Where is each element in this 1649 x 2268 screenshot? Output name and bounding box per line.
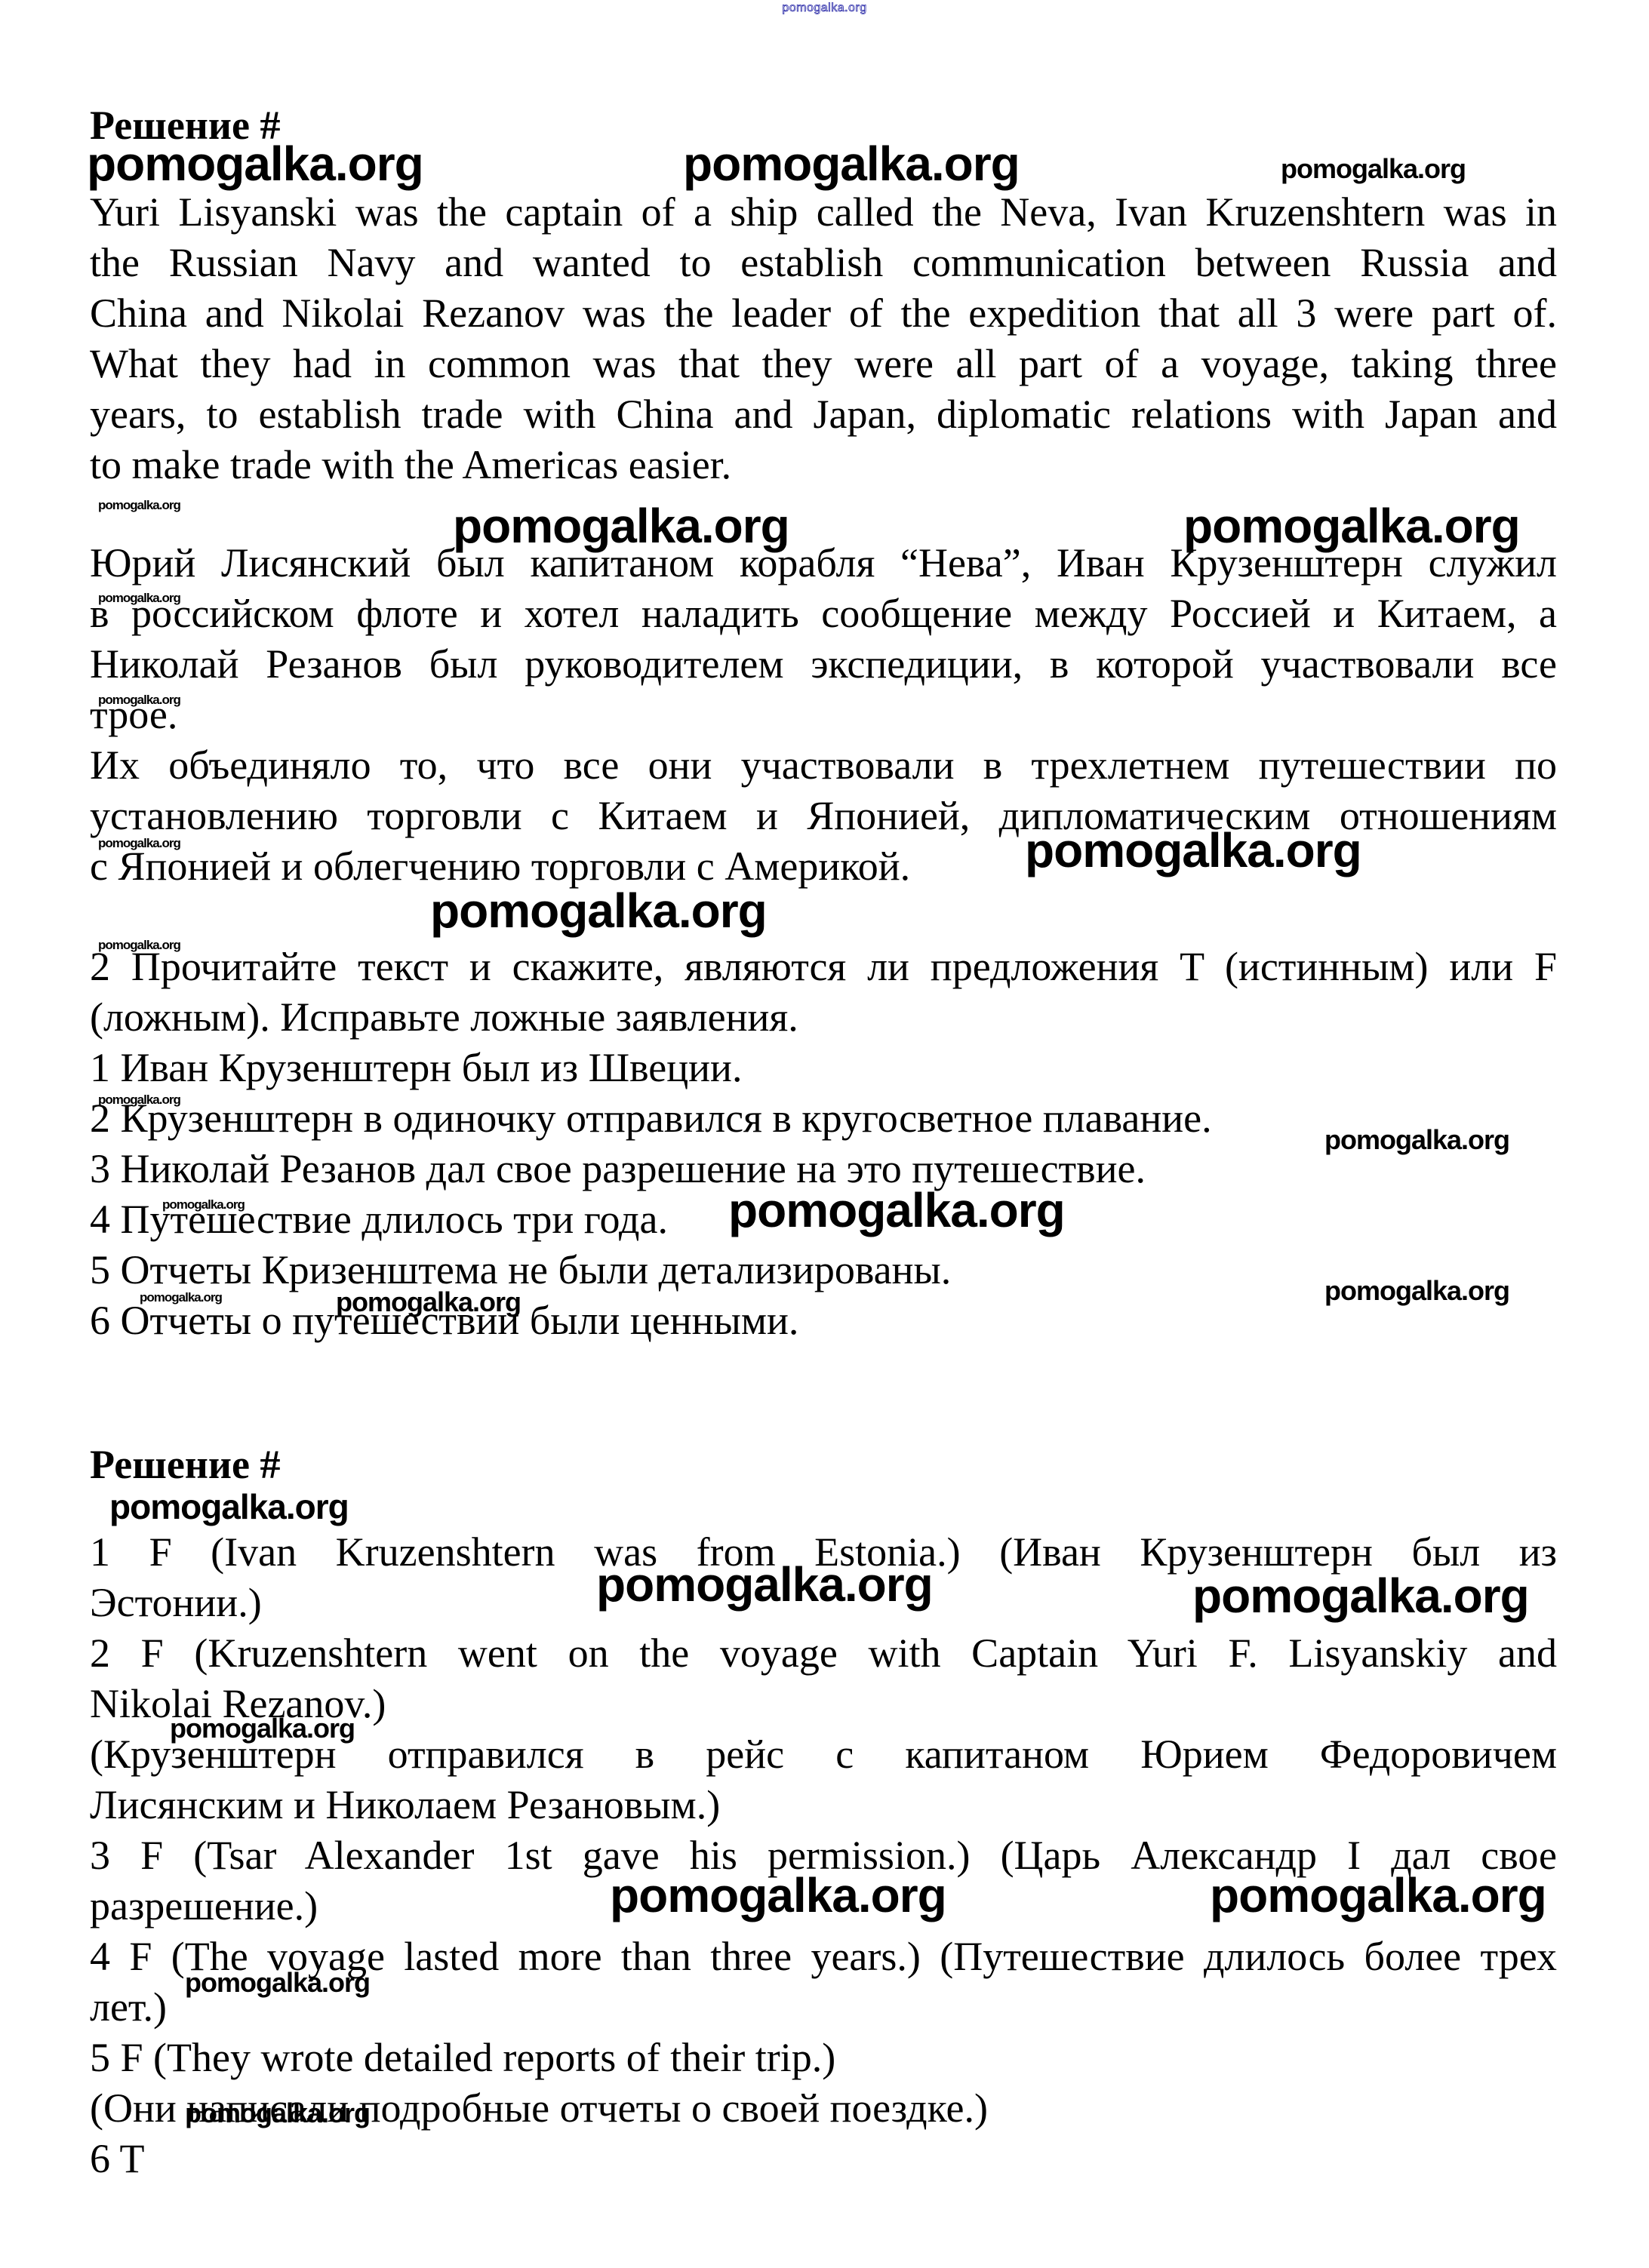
watermark: pomogalka.org xyxy=(87,136,423,192)
statement-item: 1 Иван Крузенштерн был из Швеции. xyxy=(90,1043,1557,1093)
watermark: pomogalka.org xyxy=(610,1867,946,1923)
russian-paragraph-line: Юрий Лисянский был капитаном корабля “Не… xyxy=(90,538,1557,589)
english-paragraph-line: China and Nikolai Rezanov was the leader… xyxy=(90,288,1557,339)
task-instruction-line: 2 Прочитайте текст и скажите, являются л… xyxy=(90,942,1557,992)
watermark: pomogalka.org xyxy=(430,883,767,939)
document-page: pomogalka.org Решение # pomogalka.org po… xyxy=(0,0,1649,2268)
task-instruction-line: (ложным). Исправьте ложные заявления. xyxy=(90,992,1557,1043)
english-paragraph-line: years, to establish trade with China and… xyxy=(90,389,1557,440)
answer-line: 2 F (Kruzenshtern went on the voyage wit… xyxy=(90,1628,1557,1679)
watermark: pomogalka.org xyxy=(185,1967,370,1999)
watermark: pomogalka.org xyxy=(1025,822,1361,878)
english-paragraph-line: What they had in common was that they we… xyxy=(90,339,1557,389)
russian-paragraph-line: Их объединяло то, что все они участвовал… xyxy=(90,740,1557,791)
english-paragraph-line: Yuri Lisyanski was the captain of a ship… xyxy=(90,187,1557,238)
header-watermark: pomogalka.org xyxy=(0,2,1649,15)
watermark: pomogalka.org xyxy=(596,1557,933,1612)
english-paragraph-line: to make trade with the Americas easier. xyxy=(90,440,1557,490)
watermark: pomogalka.org xyxy=(728,1182,1065,1238)
russian-paragraph-line: Николай Резанов был руководителем экспед… xyxy=(90,639,1557,690)
watermark: pomogalka.org xyxy=(683,136,1020,192)
english-paragraph-line: the Russian Navy and wanted to establish… xyxy=(90,238,1557,288)
answer-line: (Крузенштерн отправился в рейс с капитан… xyxy=(90,1729,1557,1780)
watermark: pomogalka.org xyxy=(185,2097,370,2129)
statement-item: 6 Отчеты о путешествии были ценными. xyxy=(90,1295,1557,1346)
russian-paragraph-line: трое. xyxy=(90,690,1557,740)
watermark: pomogalka.org xyxy=(1281,153,1466,185)
watermark: pomogalka.org xyxy=(98,498,180,513)
watermark: pomogalka.org xyxy=(1192,1568,1529,1624)
answer-line: Лисянским и Николаем Резановым.) xyxy=(90,1780,1557,1830)
russian-paragraph-line: в российском флоте и хотел наладить сооб… xyxy=(90,589,1557,639)
watermark: pomogalka.org xyxy=(1210,1867,1546,1923)
answer-line: 5 F (They wrote detailed reports of thei… xyxy=(90,2033,1557,2083)
section2-heading: Решение # xyxy=(90,1440,1557,1490)
watermark: pomogalka.org xyxy=(109,1486,349,1527)
answer-line: 6 T xyxy=(90,2134,1557,2184)
